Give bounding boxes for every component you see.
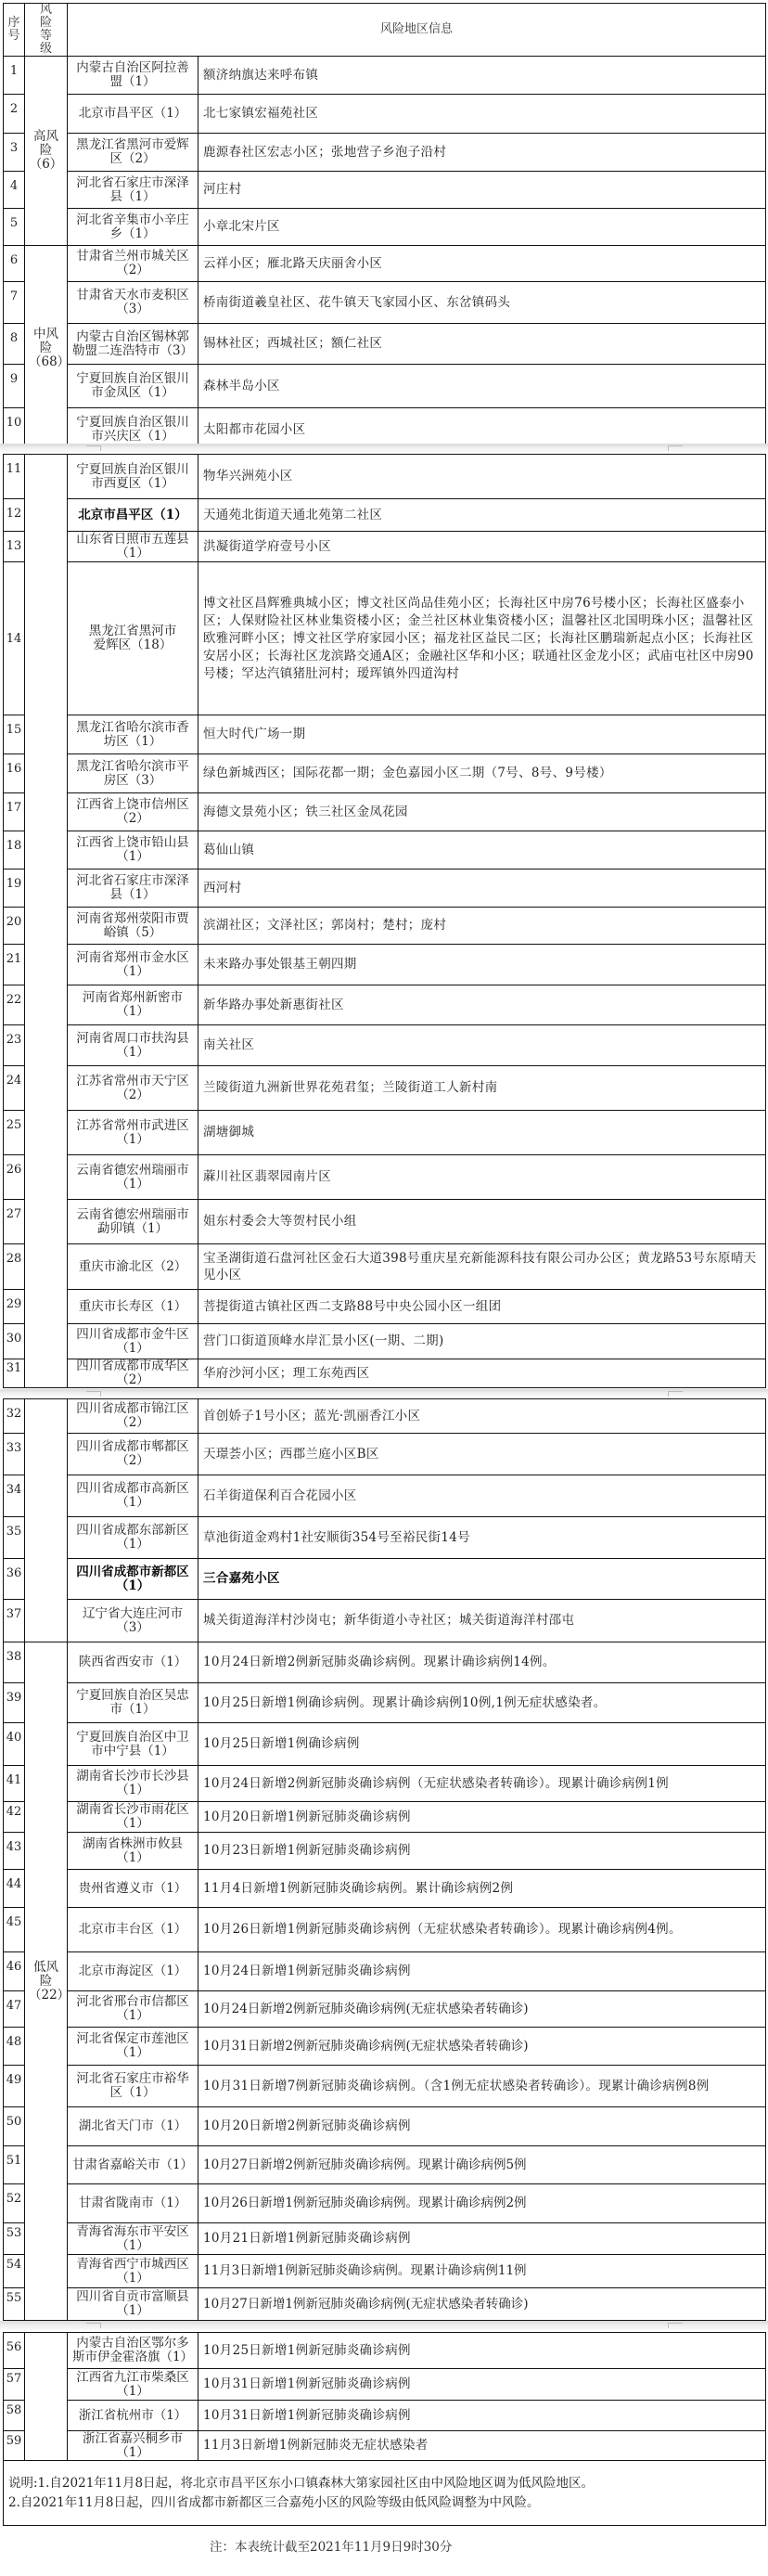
table-row: 55 四川省自贡市富顺县（1） 10月27日新增1例新冠肺炎确诊病例(无症状感染… <box>4 2288 766 2321</box>
table-row: 16 黑龙江省哈尔滨市平房区（3） 绿色新城西区；国际花都一期；金色嘉园小区二期… <box>4 754 766 793</box>
region-cell: 湖南省长沙市雨花区（1） <box>68 1802 198 1833</box>
detail-cell: 恒大时代广场一期 <box>198 715 766 754</box>
row-number: 47 <box>4 1991 25 2028</box>
table-page-4: 56 内蒙古自治区鄂尔多斯市伊金霍洛旗（1） 10月25日新增1例新冠肺炎确诊病… <box>3 2332 766 2526</box>
header-info: 风险地区信息 <box>68 4 766 57</box>
detail-cell: 10月20日新增1例新冠肺炎确诊病例 <box>198 1802 766 1833</box>
detail-cell: 新华路办事处新惠街社区 <box>198 985 766 1025</box>
row-number: 59 <box>4 2431 25 2461</box>
table-row: 17 江西省上饶市信州区（2） 海德文景苑小区；铁三社区金凤花园 <box>4 793 766 831</box>
row-number: 36 <box>4 1559 25 1600</box>
region-cell: 河北省保定市莲池区（1） <box>68 2028 198 2066</box>
table-row: 28 重庆市渝北区（2） 宝圣湖街道石盘河社区金石大道398号重庆星充新能源科技… <box>4 1244 766 1290</box>
page-break-1 <box>0 444 768 454</box>
detail-cell: 洪凝街道学府壹号小区 <box>198 532 766 562</box>
region-cell: 北京市昌平区（1） <box>68 499 198 532</box>
region-cell: 江西省九江市柴桑区（1） <box>68 2369 198 2401</box>
detail-cell: 10月24日新增2例新冠肺炎确诊病例(无症状感染者转确诊) <box>198 1991 766 2028</box>
detail-cell: 天璟荟小区；西郡兰庭小区B区 <box>198 1434 766 1475</box>
region-cell: 内蒙古自治区锡林郭勒盟二连浩特市（3） <box>68 324 198 365</box>
table-row: 33 四川省成都市郫都区（2） 天璟荟小区；西郡兰庭小区B区 <box>4 1434 766 1475</box>
table-row: 29 重庆市长寿区（1） 菩提街道古镇社区西二支路88号中央公园小区一组团 <box>4 1290 766 1324</box>
row-number: 31 <box>4 1359 25 1388</box>
row-number: 4 <box>4 172 25 209</box>
row-number: 14 <box>4 562 25 715</box>
region-cell: 宁夏回族自治区中卫市中宁县（1） <box>68 1723 198 1766</box>
risk-table-part-1: 序号 风险等级 风险地区信息 1 高风险（6） 内蒙古自治区阿拉善盟（1） 额济… <box>3 3 766 452</box>
row-number: 50 <box>4 2107 25 2146</box>
detail-cell: 绿色新城西区；国际花都一期；金色嘉园小区二期（7号、8号、9号楼） <box>198 754 766 793</box>
region-cell: 四川省成都东部新区（1） <box>68 1517 198 1559</box>
row-number: 37 <box>4 1600 25 1642</box>
row-number: 20 <box>4 908 25 945</box>
row-number: 28 <box>4 1244 25 1290</box>
row-number: 16 <box>4 754 25 793</box>
table-row: 53 青海省海东市平安区（1） 10月21日新增1例新冠肺炎确诊病例 <box>4 2223 766 2255</box>
region-cell: 贵州省遵义市（1） <box>68 1870 198 1908</box>
detail-cell: 石羊街道保利百合花园小区 <box>198 1475 766 1517</box>
detail-cell: 10月21日新增1例新冠肺炎确诊病例 <box>198 2223 766 2255</box>
table-row: 12 北京市昌平区（1） 天通苑北街道天通北苑第二社区 <box>4 499 766 532</box>
row-number: 3 <box>4 134 25 172</box>
table-row: 7 甘肃省天水市麦积区（3） 桥南街道羲皇社区、花牛镇天飞家园小区、东岔镇码头 <box>4 282 766 324</box>
note-1: 说明:1.自2021年11月8日起，将北京市昌平区东小口镇森林大第家园社区由中风… <box>8 2474 761 2493</box>
table-row: 44 贵州省遵义市（1） 11月4日新增1例新冠肺炎确诊病例。累计确诊病例2例 <box>4 1870 766 1908</box>
detail-cell: 额济纳旗达来呼布镇 <box>198 57 766 95</box>
region-cell: 青海省海东市平安区（1） <box>68 2223 198 2255</box>
region-cell: 江西省上饶市信州区（2） <box>68 793 198 831</box>
detail-cell: 10月27日新增1例新冠肺炎确诊病例(无症状感染者转确诊) <box>198 2288 766 2321</box>
region-cell: 河北省石家庄市深泽县（1） <box>68 172 198 209</box>
detail-cell: 南关社区 <box>198 1025 766 1066</box>
table-page-3: 32 四川省成都市锦江区（2） 首创娇子1号小区；蓝光·凯丽香江小区 33 四川… <box>3 1398 766 2321</box>
row-number: 55 <box>4 2288 25 2321</box>
detail-cell: 三合嘉苑小区 <box>198 1559 766 1600</box>
page-corner-mark <box>668 445 683 451</box>
table-row: 45 北京市丰台区（1） 10月26日新增1例新冠肺炎确诊病例（无症状感染者转确… <box>4 1908 766 1952</box>
region-cell: 黑龙江省黑河市爱辉区（18） <box>68 562 198 715</box>
table-row: 43 湖南省株洲市攸县（1） 10月23日新增1例新冠肺炎确诊病例 <box>4 1833 766 1870</box>
row-number: 12 <box>4 499 25 532</box>
detail-cell: 10月31日新增7例新冠肺炎确诊病例。（含1例无症状感染者转确诊）。现累计确诊病… <box>198 2066 766 2107</box>
risk-level-medium: 中风险（68） <box>25 246 68 452</box>
row-number: 49 <box>4 2066 25 2107</box>
region-cell: 北京市昌平区（1） <box>68 95 198 134</box>
row-number: 24 <box>4 1066 25 1111</box>
page-corner-mark <box>668 1391 683 1397</box>
region-cell: 内蒙古自治区鄂尔多斯市伊金霍洛旗（1） <box>68 2333 198 2369</box>
row-number: 40 <box>4 1723 25 1766</box>
region-cell: 甘肃省陇南市（1） <box>68 2184 198 2223</box>
table-row: 11 宁夏回族自治区银川市西夏区（1） 物华兴洲苑小区 <box>4 455 766 499</box>
note-2: 2.自2021年11月8日起，四川省成都市新都区三合嘉苑小区的风险等级由低风险调… <box>8 2493 761 2513</box>
row-number: 21 <box>4 945 25 985</box>
detail-cell: 10月31日新增1例新冠肺炎确诊病例 <box>198 2401 766 2431</box>
detail-cell: 蔴川社区翡翠园南片区 <box>198 1155 766 1200</box>
region-cell: 黑龙江省哈尔滨市平房区（3） <box>68 754 198 793</box>
detail-cell: 桥南街道羲皇社区、花牛镇天飞家园小区、东岔镇码头 <box>198 282 766 324</box>
risk-table-part-4: 56 内蒙古自治区鄂尔多斯市伊金霍洛旗（1） 10月25日新增1例新冠肺炎确诊病… <box>3 2332 766 2526</box>
row-number: 22 <box>4 985 25 1025</box>
table-row: 46 北京市海淀区（1） 10月24日新增1例新冠肺炎确诊病例 <box>4 1952 766 1991</box>
region-cell: 湖南省株洲市攸县（1） <box>68 1833 198 1870</box>
row-number: 34 <box>4 1475 25 1517</box>
table-row: 58 浙江省杭州市（1） 10月31日新增1例新冠肺炎确诊病例 <box>4 2401 766 2431</box>
row-number: 27 <box>4 1200 25 1244</box>
region-cell: 四川省成都市金牛区（1） <box>68 1324 198 1359</box>
detail-cell: 未来路办事处银基王朝四期 <box>198 945 766 985</box>
row-number: 13 <box>4 532 25 562</box>
detail-cell: 10月25日新增1例确诊病例 <box>198 1723 766 1766</box>
region-cell: 四川省成都市锦江区（2） <box>68 1399 198 1434</box>
region-cell: 北京市丰台区（1） <box>68 1908 198 1952</box>
region-cell: 湖南省长沙市长沙县（1） <box>68 1766 198 1802</box>
detail-cell: 物华兴洲苑小区 <box>198 455 766 499</box>
risk-level-low-continued <box>25 2333 68 2461</box>
row-number: 45 <box>4 1908 25 1952</box>
detail-cell: 11月4日新增1例新冠肺炎确诊病例。累计确诊病例2例 <box>198 1870 766 1908</box>
region-cell: 甘肃省嘉峪关市（1） <box>68 2146 198 2184</box>
region-cell: 山东省日照市五莲县（1） <box>68 532 198 562</box>
header-level: 风险等级 <box>25 4 68 57</box>
region-cell: 辽宁省大连庄河市（3） <box>68 1600 198 1642</box>
table-row: 27 云南省德宏州瑞丽市勐卯镇（1） 姐东村委会大等贺村民小组 <box>4 1200 766 1244</box>
region-cell: 四川省成都市高新区（1） <box>68 1475 198 1517</box>
detail-cell: 河庄村 <box>198 172 766 209</box>
table-row: 36 四川省成都市新都区（1） 三合嘉苑小区 <box>4 1559 766 1600</box>
row-number: 5 <box>4 209 25 246</box>
row-number: 41 <box>4 1766 25 1802</box>
detail-cell: 兰陵街道九洲新世界花苑君玺；兰陵街道工人新村南 <box>198 1066 766 1111</box>
row-number: 30 <box>4 1324 25 1359</box>
row-number: 2 <box>4 95 25 134</box>
table-row: 50 湖北省天门市（1） 10月20日新增2例新冠肺炎确诊病例 <box>4 2107 766 2146</box>
risk-level-medium-continued <box>25 455 68 1388</box>
detail-cell: 10月26日新增1例新冠肺炎确诊病例（无症状感染者转确诊）。现累计确诊病例4例。 <box>198 1908 766 1952</box>
table-row: 2 北京市昌平区（1） 北七家镇宏福苑社区 <box>4 95 766 134</box>
row-number: 35 <box>4 1517 25 1559</box>
table-row: 14 黑龙江省黑河市爱辉区（18） 博文社区昌辉雅典城小区；博文社区尚品佳苑小区… <box>4 562 766 715</box>
table-row: 15 黑龙江省哈尔滨市香坊区（1） 恒大时代广场一期 <box>4 715 766 754</box>
row-number: 19 <box>4 869 25 908</box>
table-row: 38 低风险（22） 陕西省西安市（1） 10月24日新增2例新冠肺炎确诊病例。… <box>4 1642 766 1683</box>
page-break-2 <box>0 1389 768 1398</box>
row-number: 11 <box>4 455 25 499</box>
region-cell: 河北省石家庄市深泽县（1） <box>68 869 198 908</box>
region-cell: 黑龙江省哈尔滨市香坊区（1） <box>68 715 198 754</box>
region-cell: 河南省郑州荥阳市贾峪镇（5） <box>68 908 198 945</box>
region-cell: 陕西省西安市（1） <box>68 1642 198 1683</box>
statistics-cutoff-note: 注：本表统计截至2021年11月9日9时30分 <box>210 2536 452 2555</box>
region-cell: 重庆市渝北区（2） <box>68 1244 198 1290</box>
row-number: 26 <box>4 1155 25 1200</box>
region-cell: 四川省自贡市富顺县（1） <box>68 2288 198 2321</box>
table-row: 3 黑龙江省黑河市爱辉区（2） 鹿源春社区宏志小区；张地营子乡泡子沿村 <box>4 134 766 172</box>
table-row: 24 江苏省常州市天宁区（2） 兰陵街道九洲新世界花苑君玺；兰陵街道工人新村南 <box>4 1066 766 1111</box>
table-row: 5 河北省辛集市小辛庄乡（1） 小章北宋片区 <box>4 209 766 246</box>
detail-cell: 10月31日新增2例新冠肺炎确诊病例(无症状感染者转确诊) <box>198 2028 766 2066</box>
region-cell: 江西省上饶市铅山县（1） <box>68 831 198 869</box>
row-number: 57 <box>4 2369 25 2401</box>
risk-level-high: 高风险（6） <box>25 57 68 246</box>
detail-cell: 天通苑北街道天通北苑第二社区 <box>198 499 766 532</box>
risk-level-low: 低风险（22） <box>25 1642 68 2321</box>
detail-cell: 宝圣湖街道石盘河社区金石大道398号重庆星充新能源科技有限公司办公区；黄龙路53… <box>198 1244 766 1290</box>
table-row: 4 河北省石家庄市深泽县（1） 河庄村 <box>4 172 766 209</box>
detail-cell: 葛仙山镇 <box>198 831 766 869</box>
region-cell: 浙江省嘉兴桐乡市（1） <box>68 2431 198 2461</box>
region-cell: 江苏省常州市武进区（1） <box>68 1111 198 1155</box>
region-cell: 甘肃省天水市麦积区（3） <box>68 282 198 324</box>
row-number: 32 <box>4 1399 25 1434</box>
row-number: 44 <box>4 1870 25 1908</box>
table-row: 21 河南省郑州市金水区（1） 未来路办事处银基王朝四期 <box>4 945 766 985</box>
table-row: 39 宁夏回族自治区吴忠市（1） 10月25日新增1例确诊病例。现累计确诊病例1… <box>4 1683 766 1723</box>
region-cell: 浙江省杭州市（1） <box>68 2401 198 2431</box>
row-number: 56 <box>4 2333 25 2369</box>
region-cell: 河南省郑州新密市（1） <box>68 985 198 1025</box>
table-row: 32 四川省成都市锦江区（2） 首创娇子1号小区；蓝光·凯丽香江小区 <box>4 1399 766 1434</box>
row-number: 25 <box>4 1111 25 1155</box>
table-row: 22 河南省郑州新密市（1） 新华路办事处新惠街社区 <box>4 985 766 1025</box>
notes-row: 说明:1.自2021年11月8日起，将北京市昌平区东小口镇森林大第家园社区由中风… <box>4 2461 766 2526</box>
region-cell: 云南省德宏州瑞丽市勐卯镇（1） <box>68 1200 198 1244</box>
row-number: 42 <box>4 1802 25 1833</box>
row-number: 39 <box>4 1683 25 1723</box>
region-cell: 河南省周口市扶沟县（1） <box>68 1025 198 1066</box>
page-corner-mark <box>668 2323 683 2328</box>
table-row: 59 浙江省嘉兴桐乡市（1） 11月3日新增1例新冠肺炎无症状感染者 <box>4 2431 766 2461</box>
row-number: 7 <box>4 282 25 324</box>
risk-level-medium-continued <box>25 1399 68 1642</box>
risk-table-part-3: 32 四川省成都市锦江区（2） 首创娇子1号小区；蓝光·凯丽香江小区 33 四川… <box>3 1398 766 2321</box>
table-row: 54 青海省西宁市城西区（1） 11月3日新增1例新冠肺炎确诊病例。现累计确诊病… <box>4 2255 766 2288</box>
region-cell: 四川省成都市新都区（1） <box>68 1559 198 1600</box>
region-cell: 宁夏回族自治区吴忠市（1） <box>68 1683 198 1723</box>
region-cell: 宁夏回族自治区银川市西夏区（1） <box>68 455 198 499</box>
detail-cell: 10月26日新增1例新冠肺炎确诊病例。现累计确诊病例2例 <box>198 2184 766 2223</box>
row-number: 46 <box>4 1952 25 1991</box>
detail-cell: 10月24日新增2例新冠肺炎确诊病例（无症状感染者转确诊）。现累计确诊病例1例 <box>198 1766 766 1802</box>
header-seq: 序号 <box>4 4 25 57</box>
table-row: 9 宁夏回族自治区银川市金凤区（1） 森林半岛小区 <box>4 365 766 408</box>
detail-cell: 滨湖社区；文泽社区；郭岗村；楚村；庞村 <box>198 908 766 945</box>
table-row: 8 内蒙古自治区锡林郭勒盟二连浩特市（3） 锡林社区；西城社区；额仁社区 <box>4 324 766 365</box>
table-row: 20 河南省郑州荥阳市贾峪镇（5） 滨湖社区；文泽社区；郭岗村；楚村；庞村 <box>4 908 766 945</box>
region-cell: 宁夏回族自治区银川市金凤区（1） <box>68 365 198 408</box>
row-number: 6 <box>4 246 25 282</box>
region-cell: 河北省石家庄市裕华区（1） <box>68 2066 198 2107</box>
detail-cell: 北七家镇宏福苑社区 <box>198 95 766 134</box>
region-cell: 河南省郑州市金水区（1） <box>68 945 198 985</box>
region-cell: 江苏省常州市天宁区（2） <box>68 1066 198 1111</box>
detail-cell: 城关街道海洋村沙岗屯；新华街道小寺社区；城关街道海洋村邵屯 <box>198 1600 766 1642</box>
detail-cell: 10月20日新增2例新冠肺炎确诊病例 <box>198 2107 766 2146</box>
table-row: 25 江苏省常州市武进区（1） 湖塘御城 <box>4 1111 766 1155</box>
risk-table-part-2: 11 宁夏回族自治区银川市西夏区（1） 物华兴洲苑小区 12 北京市昌平区（1）… <box>3 454 766 1388</box>
detail-cell: 10月25日新增1例确诊病例。现累计确诊病例10例,1例无症状感染者。 <box>198 1683 766 1723</box>
region-cell: 重庆市长寿区（1） <box>68 1290 198 1324</box>
detail-cell: 锡林社区；西城社区；额仁社区 <box>198 324 766 365</box>
table-row: 19 河北省石家庄市深泽县（1） 西河村 <box>4 869 766 908</box>
table-row: 37 辽宁省大连庄河市（3） 城关街道海洋村沙岗屯；新华街道小寺社区；城关街道海… <box>4 1600 766 1642</box>
table-row: 6 中风险（68） 甘肃省兰州市城关区（2） 云祥小区；雁北路天庆丽舍小区 <box>4 246 766 282</box>
region-cell: 内蒙古自治区阿拉善盟（1） <box>68 57 198 95</box>
region-cell: 北京市海淀区（1） <box>68 1952 198 1991</box>
detail-cell: 11月3日新增1例新冠肺炎无症状感染者 <box>198 2431 766 2461</box>
table-page-2: 11 宁夏回族自治区银川市西夏区（1） 物华兴洲苑小区 12 北京市昌平区（1）… <box>3 454 766 1388</box>
detail-cell: 10月27日新增2例新冠肺炎确诊病例。现累计确诊病例5例 <box>198 2146 766 2184</box>
row-number: 18 <box>4 831 25 869</box>
region-cell: 河北省辛集市小辛庄乡（1） <box>68 209 198 246</box>
table-row: 23 河南省周口市扶沟县（1） 南关社区 <box>4 1025 766 1066</box>
row-number: 51 <box>4 2146 25 2184</box>
row-number: 38 <box>4 1642 25 1683</box>
row-number: 53 <box>4 2223 25 2255</box>
page-break-3 <box>0 2321 768 2332</box>
table-row: 26 云南省德宏州瑞丽市（1） 蔴川社区翡翠园南片区 <box>4 1155 766 1200</box>
table-row: 31 四川省成都市成华区（2） 华府沙河小区；理工东苑西区 <box>4 1359 766 1388</box>
region-cell: 云南省德宏州瑞丽市（1） <box>68 1155 198 1200</box>
detail-cell: 菩提街道古镇社区西二支路88号中央公园小区一组团 <box>198 1290 766 1324</box>
table-page-1: 序号 风险等级 风险地区信息 1 高风险（6） 内蒙古自治区阿拉善盟（1） 额济… <box>3 3 766 452</box>
detail-cell: 小章北宋片区 <box>198 209 766 246</box>
row-number: 58 <box>4 2401 25 2431</box>
detail-cell: 10月24日新增1例新冠肺炎确诊病例 <box>198 1952 766 1991</box>
table-row: 40 宁夏回族自治区中卫市中宁县（1） 10月25日新增1例确诊病例 <box>4 1723 766 1766</box>
detail-cell: 森林半岛小区 <box>198 365 766 408</box>
row-number: 23 <box>4 1025 25 1066</box>
notes-cell: 说明:1.自2021年11月8日起，将北京市昌平区东小口镇森林大第家园社区由中风… <box>4 2461 766 2526</box>
detail-cell: 10月24日新增2例新冠肺炎确诊病例。现累计确诊病例14例。 <box>198 1642 766 1683</box>
detail-cell: 营门口街道顶峰水岸汇景小区(一期、二期) <box>198 1324 766 1359</box>
detail-cell: 鹿源春社区宏志小区；张地营子乡泡子沿村 <box>198 134 766 172</box>
detail-cell: 华府沙河小区；理工东苑西区 <box>198 1359 766 1388</box>
table-row: 34 四川省成都市高新区（1） 石羊街道保利百合花园小区 <box>4 1475 766 1517</box>
table-row: 42 湖南省长沙市雨花区（1） 10月20日新增1例新冠肺炎确诊病例 <box>4 1802 766 1833</box>
detail-cell: 草池街道金鸡村1社安顺街354号至裕民街14号 <box>198 1517 766 1559</box>
table-row: 51 甘肃省嘉峪关市（1） 10月27日新增2例新冠肺炎确诊病例。现累计确诊病例… <box>4 2146 766 2184</box>
detail-cell: 姐东村委会大等贺村民小组 <box>198 1200 766 1244</box>
region-cell: 湖北省天门市（1） <box>68 2107 198 2146</box>
row-number: 54 <box>4 2255 25 2288</box>
table-row: 52 甘肃省陇南市（1） 10月26日新增1例新冠肺炎确诊病例。现累计确诊病例2… <box>4 2184 766 2223</box>
table-row: 30 四川省成都市金牛区（1） 营门口街道顶峰水岸汇景小区(一期、二期) <box>4 1324 766 1359</box>
detail-cell: 海德文景苑小区；铁三社区金凤花园 <box>198 793 766 831</box>
page-corner-mark <box>86 1391 101 1397</box>
detail-cell: 西河村 <box>198 869 766 908</box>
detail-cell: 11月3日新增1例新冠肺炎确诊病例。现累计确诊病例11例 <box>198 2255 766 2288</box>
table-row: 1 高风险（6） 内蒙古自治区阿拉善盟（1） 额济纳旗达来呼布镇 <box>4 57 766 95</box>
page-corner-mark <box>86 445 101 451</box>
row-number: 52 <box>4 2184 25 2223</box>
region-cell: 青海省西宁市城西区（1） <box>68 2255 198 2288</box>
detail-cell: 10月31日新增1例新冠肺炎确诊病例 <box>198 2369 766 2401</box>
table-row: 35 四川省成都东部新区（1） 草池街道金鸡村1社安顺街354号至裕民街14号 <box>4 1517 766 1559</box>
table-row: 13 山东省日照市五莲县（1） 洪凝街道学府壹号小区 <box>4 532 766 562</box>
table-row: 41 湖南省长沙市长沙县（1） 10月24日新增2例新冠肺炎确诊病例（无症状感染… <box>4 1766 766 1802</box>
detail-cell: 10月23日新增1例新冠肺炎确诊病例 <box>198 1833 766 1870</box>
row-number: 8 <box>4 324 25 365</box>
row-number: 48 <box>4 2028 25 2066</box>
row-number: 15 <box>4 715 25 754</box>
region-cell: 四川省成都市成华区（2） <box>68 1359 198 1388</box>
table-row: 47 河北省邢台市信都区（1） 10月24日新增2例新冠肺炎确诊病例(无症状感染… <box>4 1991 766 2028</box>
page-corner-mark <box>86 2323 101 2328</box>
detail-cell: 10月25日新增1例新冠肺炎确诊病例 <box>198 2333 766 2369</box>
table-row: 18 江西省上饶市铅山县（1） 葛仙山镇 <box>4 831 766 869</box>
region-cell: 河北省邢台市信都区（1） <box>68 1991 198 2028</box>
row-number: 17 <box>4 793 25 831</box>
row-number: 29 <box>4 1290 25 1324</box>
row-number: 33 <box>4 1434 25 1475</box>
table-header-row: 序号 风险等级 风险地区信息 <box>4 4 766 57</box>
detail-cell: 博文社区昌辉雅典城小区；博文社区尚品佳苑小区；长海社区中房76号楼小区；长海社区… <box>198 562 766 715</box>
region-cell: 甘肃省兰州市城关区（2） <box>68 246 198 282</box>
region-cell: 四川省成都市郫都区（2） <box>68 1434 198 1475</box>
detail-cell: 湖塘御城 <box>198 1111 766 1155</box>
table-row: 49 河北省石家庄市裕华区（1） 10月31日新增7例新冠肺炎确诊病例。（含1例… <box>4 2066 766 2107</box>
row-number: 43 <box>4 1833 25 1870</box>
detail-cell: 云祥小区；雁北路天庆丽舍小区 <box>198 246 766 282</box>
table-row: 57 江西省九江市柴桑区（1） 10月31日新增1例新冠肺炎确诊病例 <box>4 2369 766 2401</box>
row-number: 9 <box>4 365 25 408</box>
detail-cell: 首创娇子1号小区；蓝光·凯丽香江小区 <box>198 1399 766 1434</box>
table-row: 56 内蒙古自治区鄂尔多斯市伊金霍洛旗（1） 10月25日新增1例新冠肺炎确诊病… <box>4 2333 766 2369</box>
table-row: 48 河北省保定市莲池区（1） 10月31日新增2例新冠肺炎确诊病例(无症状感染… <box>4 2028 766 2066</box>
row-number: 1 <box>4 57 25 95</box>
region-cell: 黑龙江省黑河市爱辉区（2） <box>68 134 198 172</box>
